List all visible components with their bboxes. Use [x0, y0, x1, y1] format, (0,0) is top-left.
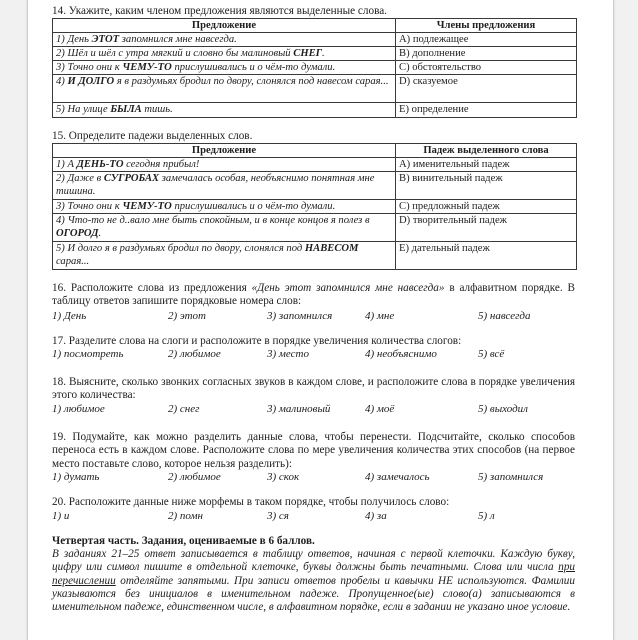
table-row: 5) И долго я в раздумьях бродил по двору…	[53, 242, 577, 270]
part4-instructions: В заданиях 21–25 ответ записывается в та…	[52, 548, 575, 614]
q20-text: 20. Расположите данные ниже морфемы в та…	[52, 496, 592, 509]
table-header-row: Предложение Падеж выделенного слова	[53, 144, 577, 158]
highlighted-word: БЫЛА	[110, 104, 141, 115]
sentence-cell: 1) День ЭТОТ запомнился мне навсегда.	[53, 33, 396, 47]
highlighted-word: НАВЕСОМ	[305, 243, 359, 254]
table-row: 1) А ДЕНЬ-ТО сегодня прибыл!A) именитель…	[53, 158, 577, 172]
sentence-cell: 5) На улице БЫЛА тишь.	[53, 103, 396, 118]
answer-cell: D) сказуемое	[396, 75, 577, 103]
sentence-cell: 3) Точно они к ЧЕМУ-ТО прислушивались и …	[53, 200, 396, 214]
table-row: 4) И ДОЛГО я в раздумьях бродил по двору…	[53, 75, 577, 103]
answer-cell: B) винительный падеж	[396, 172, 577, 200]
sentence-cell: 2) Даже в СУГРОБАХ замечалась особая, не…	[53, 172, 396, 200]
option-item: 1) любимое	[52, 403, 105, 416]
highlighted-word: ЧЕМУ-ТО	[122, 201, 171, 212]
option-item: 3) ся	[267, 510, 289, 523]
q15-table: Предложение Падеж выделенного слова 1) А…	[52, 143, 577, 270]
q16-text: 16. Расположите слова из предложения «Де…	[52, 282, 575, 309]
table-row: 2) Шёл и шёл с утра мягкий и словно бы м…	[53, 47, 577, 61]
answer-cell: A) именительный падеж	[396, 158, 577, 172]
q15-title: 15. Определите падежи выделенных слов.	[52, 130, 252, 143]
option-item: 4) мне	[365, 310, 394, 323]
highlighted-word: ДЕНЬ-ТО	[77, 159, 124, 170]
highlighted-word: ЧЕМУ-ТО	[122, 62, 171, 73]
col-sentence-header: Предложение	[53, 144, 396, 158]
q14-title: 14. Укажите, каким членом предложения яв…	[52, 5, 387, 18]
option-item: 1) День	[52, 310, 86, 323]
q17-text: 17. Разделите слова на слоги и расположи…	[52, 335, 592, 348]
answer-cell: D) творительный падеж	[396, 214, 577, 242]
option-item: 3) малиновый	[267, 403, 330, 416]
option-item: 2) любимое	[168, 471, 221, 484]
highlighted-word: И ДОЛГО	[67, 76, 114, 87]
highlighted-word: СУГРОБАХ	[104, 173, 159, 184]
col-answer-header: Члены предложения	[396, 19, 577, 33]
option-item: 3) место	[267, 348, 309, 361]
part4-heading: Четвертая часть. Задания, оцениваемые в …	[52, 535, 315, 548]
option-item: 5) навсегда	[478, 310, 530, 323]
table-row: 4) Что-то не д..вало мне быть спокойным,…	[53, 214, 577, 242]
q18-text: 18. Выясните, сколько звонких согласных …	[52, 376, 575, 403]
option-item: 3) запомнился	[267, 310, 332, 323]
option-item: 1) и	[52, 510, 69, 523]
answer-cell: E) дательный падеж	[396, 242, 577, 270]
col-sentence-header: Предложение	[53, 19, 396, 33]
option-item: 1) посмотреть	[52, 348, 123, 361]
col-answer-header: Падеж выделенного слова	[396, 144, 577, 158]
option-item: 2) любимое	[168, 348, 221, 361]
sentence-cell: 2) Шёл и шёл с утра мягкий и словно бы м…	[53, 47, 396, 61]
table-row: 1) День ЭТОТ запомнился мне навсегда.A) …	[53, 33, 577, 47]
answer-cell: A) подлежащее	[396, 33, 577, 47]
q16-quote: «День этот запомнился мне навсегда»	[252, 282, 445, 294]
option-item: 5) запомнился	[478, 471, 543, 484]
sentence-cell: 1) А ДЕНЬ-ТО сегодня прибыл!	[53, 158, 396, 172]
highlighted-word: ОГОРОД	[56, 228, 99, 239]
table-row: 3) Точно они к ЧЕМУ-ТО прислушивались и …	[53, 61, 577, 75]
answer-cell: E) определение	[396, 103, 577, 118]
q19-text: 19. Подумайте, как можно разделить данны…	[52, 431, 575, 471]
option-item: 2) помн	[168, 510, 203, 523]
option-item: 2) снег	[168, 403, 199, 416]
sentence-cell: 3) Точно они к ЧЕМУ-ТО прислушивались и …	[53, 61, 396, 75]
table-row: 5) На улице БЫЛА тишь.E) определение	[53, 103, 577, 118]
table-header-row: Предложение Члены предложения	[53, 19, 577, 33]
highlighted-word: СНЕГ	[293, 48, 322, 59]
table-row: 3) Точно они к ЧЕМУ-ТО прислушивались и …	[53, 200, 577, 214]
answer-cell: C) обстоятельство	[396, 61, 577, 75]
answer-cell: C) предложный падеж	[396, 200, 577, 214]
option-item: 5) л	[478, 510, 495, 523]
option-item: 5) всё	[478, 348, 504, 361]
option-item: 3) скок	[267, 471, 299, 484]
q14-table: Предложение Члены предложения 1) День ЭТ…	[52, 18, 577, 118]
option-item: 4) за	[365, 510, 387, 523]
table-row: 2) Даже в СУГРОБАХ замечалась особая, не…	[53, 172, 577, 200]
sentence-cell: 4) Что-то не д..вало мне быть спокойным,…	[53, 214, 396, 242]
option-item: 1) думать	[52, 471, 99, 484]
option-item: 5) выходил	[478, 403, 528, 416]
option-item: 4) замечалось	[365, 471, 430, 484]
sentence-cell: 4) И ДОЛГО я в раздумьях бродил по двору…	[53, 75, 396, 103]
option-item: 4) необъяснимо	[365, 348, 437, 361]
option-item: 2) этот	[168, 310, 206, 323]
sentence-cell: 5) И долго я в раздумьях бродил по двору…	[53, 242, 396, 270]
answer-cell: B) дополнение	[396, 47, 577, 61]
highlighted-word: ЭТОТ	[92, 34, 120, 45]
option-item: 4) моё	[365, 403, 394, 416]
